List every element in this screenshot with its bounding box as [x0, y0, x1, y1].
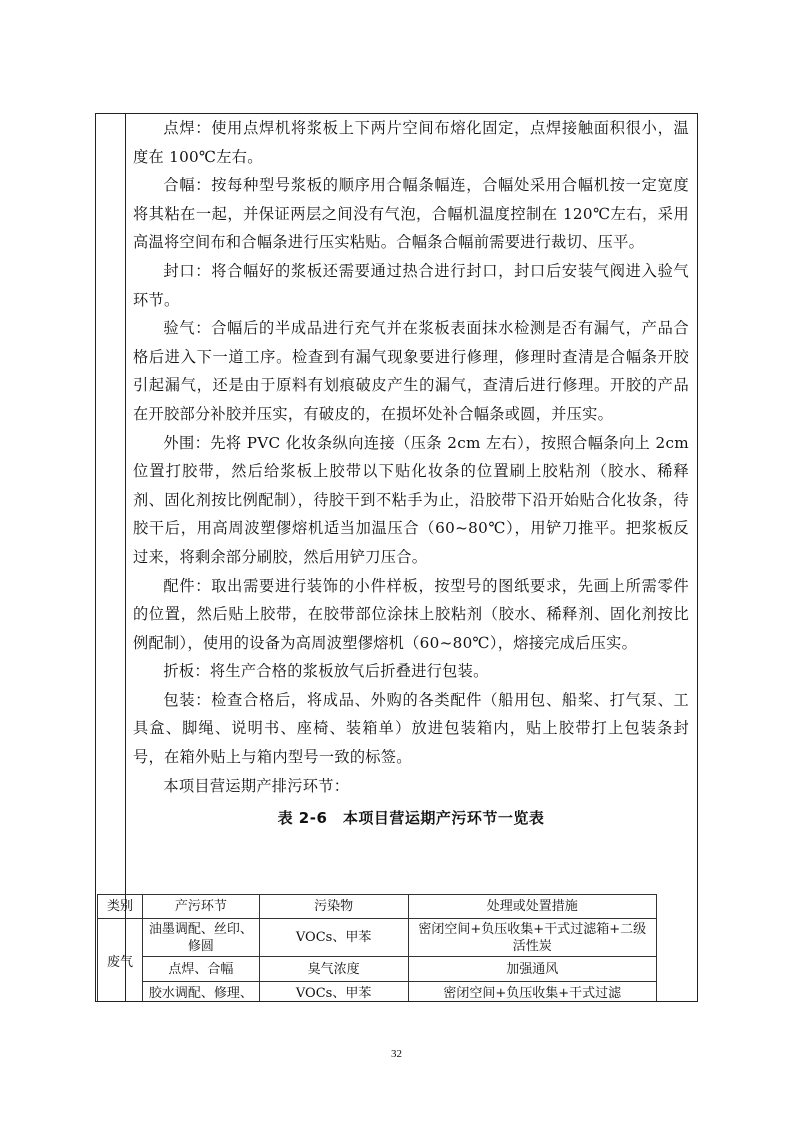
- header-pollutant: 污染物: [259, 895, 408, 919]
- table-row: 废气 油墨调配、丝印、修圆 VOCs、甲苯 密闭空间+负压收集+干式过滤箱+二级…: [98, 919, 657, 957]
- source-cell: 油墨调配、丝印、修圆: [142, 919, 259, 957]
- treatment-cell: 密闭空间+负压收集+干式过滤箱+二级活性炭: [408, 919, 657, 957]
- pollutant-cell: VOCs、甲苯: [259, 919, 408, 957]
- paragraph-pollution-intro: 本项目营运期产排污环节：: [133, 772, 689, 801]
- category-cell: 废气: [98, 919, 143, 1003]
- document-frame: 点焊：使用点焊机将浆板上下两片空间布熔化固定，点焊接触面积很小，温度在 100℃…: [95, 113, 698, 1002]
- paragraph-outer-trim: 外围：先将 PVC 化妆条纵向连接（压条 2cm 左右），按照合幅条向上 2cm…: [133, 429, 689, 572]
- paragraph-seam-joining: 合幅：按每种型号浆板的顺序用合幅条幅连，合幅处采用合幅机按一定宽度将其粘在一起，…: [133, 171, 689, 257]
- table-title: 表 2-6 本项目营运期产污环节一览表: [133, 803, 689, 833]
- treatment-cell: 加强通风: [408, 957, 657, 982]
- header-source: 产污环节: [142, 895, 259, 919]
- pollutant-cell: VOCs、甲苯: [259, 982, 408, 1003]
- left-label-column: [96, 114, 126, 1001]
- header-category: 类别: [98, 895, 143, 919]
- page-number: 32: [0, 1048, 793, 1060]
- pollution-table: 类别 产污环节 污染物 处理或处置措施 废气 油墨调配、丝印、修圆 VOCs、甲…: [97, 894, 657, 1002]
- paragraph-accessories: 配件：取出需要进行装饰的小件样板，按型号的图纸要求，先画上所需零件的位置，然后贴…: [133, 572, 689, 658]
- table-row: 胶水调配、修理、 VOCs、甲苯 密闭空间+负压收集+干式过滤: [98, 982, 657, 1003]
- paragraph-spot-welding: 点焊：使用点焊机将浆板上下两片空间布熔化固定，点焊接触面积很小，温度在 100℃…: [133, 114, 689, 171]
- table-row: 点焊、合幅 臭气浓度 加强通风: [98, 957, 657, 982]
- paragraph-sealing: 封口：将合幅好的浆板还需要通过热合进行封口，封口后安装气阀进入验气环节。: [133, 257, 689, 314]
- table-header-row: 类别 产污环节 污染物 处理或处置措施: [98, 895, 657, 919]
- content-cell: 点焊：使用点焊机将浆板上下两片空间布熔化固定，点焊接触面积很小，温度在 100℃…: [133, 114, 689, 833]
- paragraph-folding: 折板：将生产合格的浆板放气后折叠进行包装。: [133, 657, 689, 686]
- source-cell: 胶水调配、修理、: [142, 982, 259, 1003]
- treatment-cell: 密闭空间+负压收集+干式过滤: [408, 982, 657, 1003]
- header-treatment: 处理或处置措施: [408, 895, 657, 919]
- pollutant-cell: 臭气浓度: [259, 957, 408, 982]
- paragraph-packaging: 包装：检查合格后，将成品、外购的各类配件（船用包、船桨、打气泵、工具盒、脚绳、说…: [133, 686, 689, 772]
- paragraph-air-test: 验气：合幅后的半成品进行充气并在浆板表面抹水检测是否有漏气，产品合格后进入下一道…: [133, 314, 689, 428]
- source-cell: 点焊、合幅: [142, 957, 259, 982]
